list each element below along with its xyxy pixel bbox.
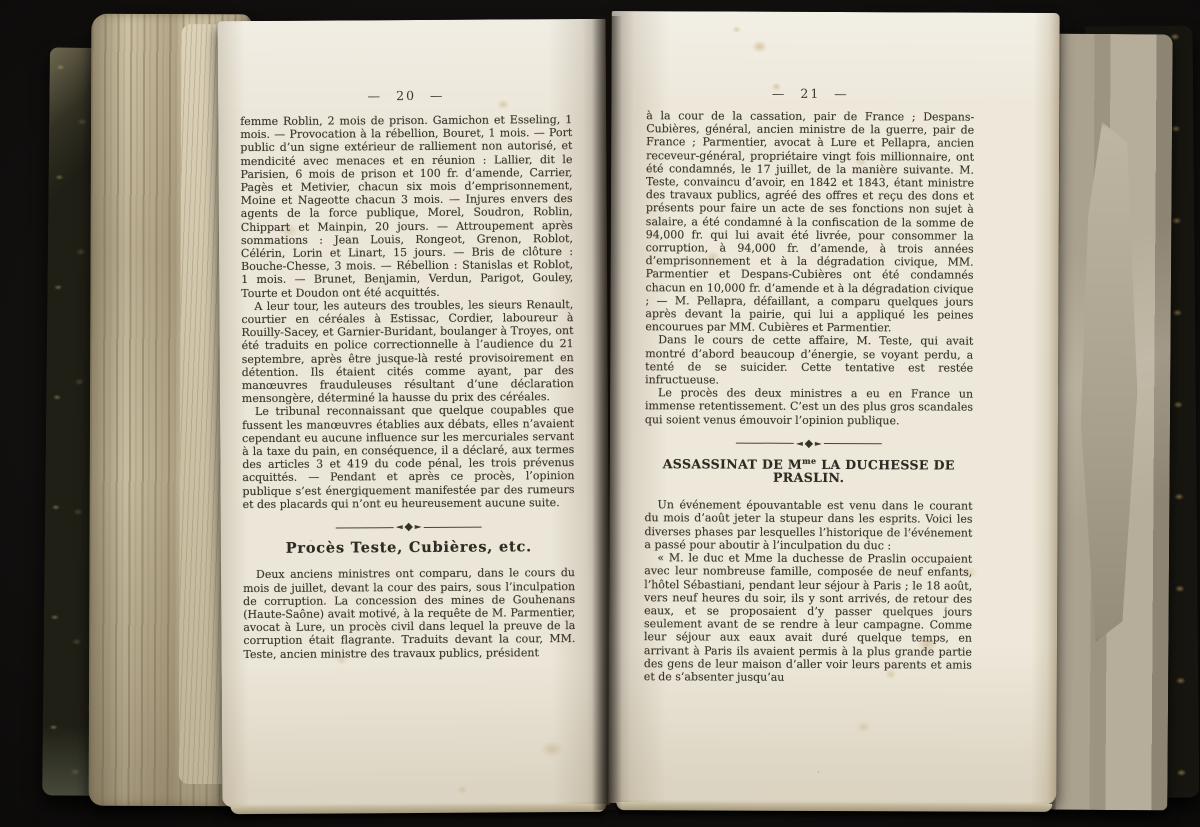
paragraph: à la cour de la cassation, pair de Franc… xyxy=(645,109,974,335)
section-divider-ornament xyxy=(324,524,494,531)
paragraph: Le tribunal reconnaissant que quelque co… xyxy=(242,403,575,511)
paragraph: Le procès des deux ministres a eu en Fra… xyxy=(645,386,973,427)
diamond-ornament-icon xyxy=(404,523,412,531)
folded-page-flap xyxy=(1070,122,1148,643)
diamond-ornament-icon xyxy=(805,440,813,448)
book-photograph: — 20 — femme Roblin, 2 mois de prison. G… xyxy=(0,0,1200,827)
paragraph: Dans le cours de cette affaire, M. Teste… xyxy=(645,334,973,388)
page-number-right: — 21 — xyxy=(646,85,974,101)
text-column-right: à la cour de la cassation, pair de Franc… xyxy=(644,109,975,685)
paragraph: Un événement épouvantable est venu dans … xyxy=(644,498,972,552)
paragraph: femme Roblin, 2 mois de prison. Gamichon… xyxy=(240,113,573,300)
section-divider-ornament xyxy=(724,440,894,447)
section-heading-assassinat-praslin: ASSASSINAT DE Mme LA DUCHESSE DE PRASLIN… xyxy=(645,457,973,485)
paragraph: Deux anciens ministres ont comparu, dans… xyxy=(243,566,576,660)
section-heading-proces-teste: Procès Teste, Cubières, etc. xyxy=(243,540,575,555)
text-column-left: femme Roblin, 2 mois de prison. Gamichon… xyxy=(240,113,575,661)
page-number-left: — 20 — xyxy=(240,87,572,104)
loose-folded-page xyxy=(1047,34,1172,811)
page-left-20: — 20 — femme Roblin, 2 mois de prison. G… xyxy=(218,19,611,807)
page-right-21: — 21 — à la cour de la cassation, pair d… xyxy=(608,11,1059,805)
paragraph: « M. le duc et Mme la duchesse de Prasli… xyxy=(644,551,973,684)
paragraph: A leur tour, les auteurs des troubles, l… xyxy=(241,298,574,406)
